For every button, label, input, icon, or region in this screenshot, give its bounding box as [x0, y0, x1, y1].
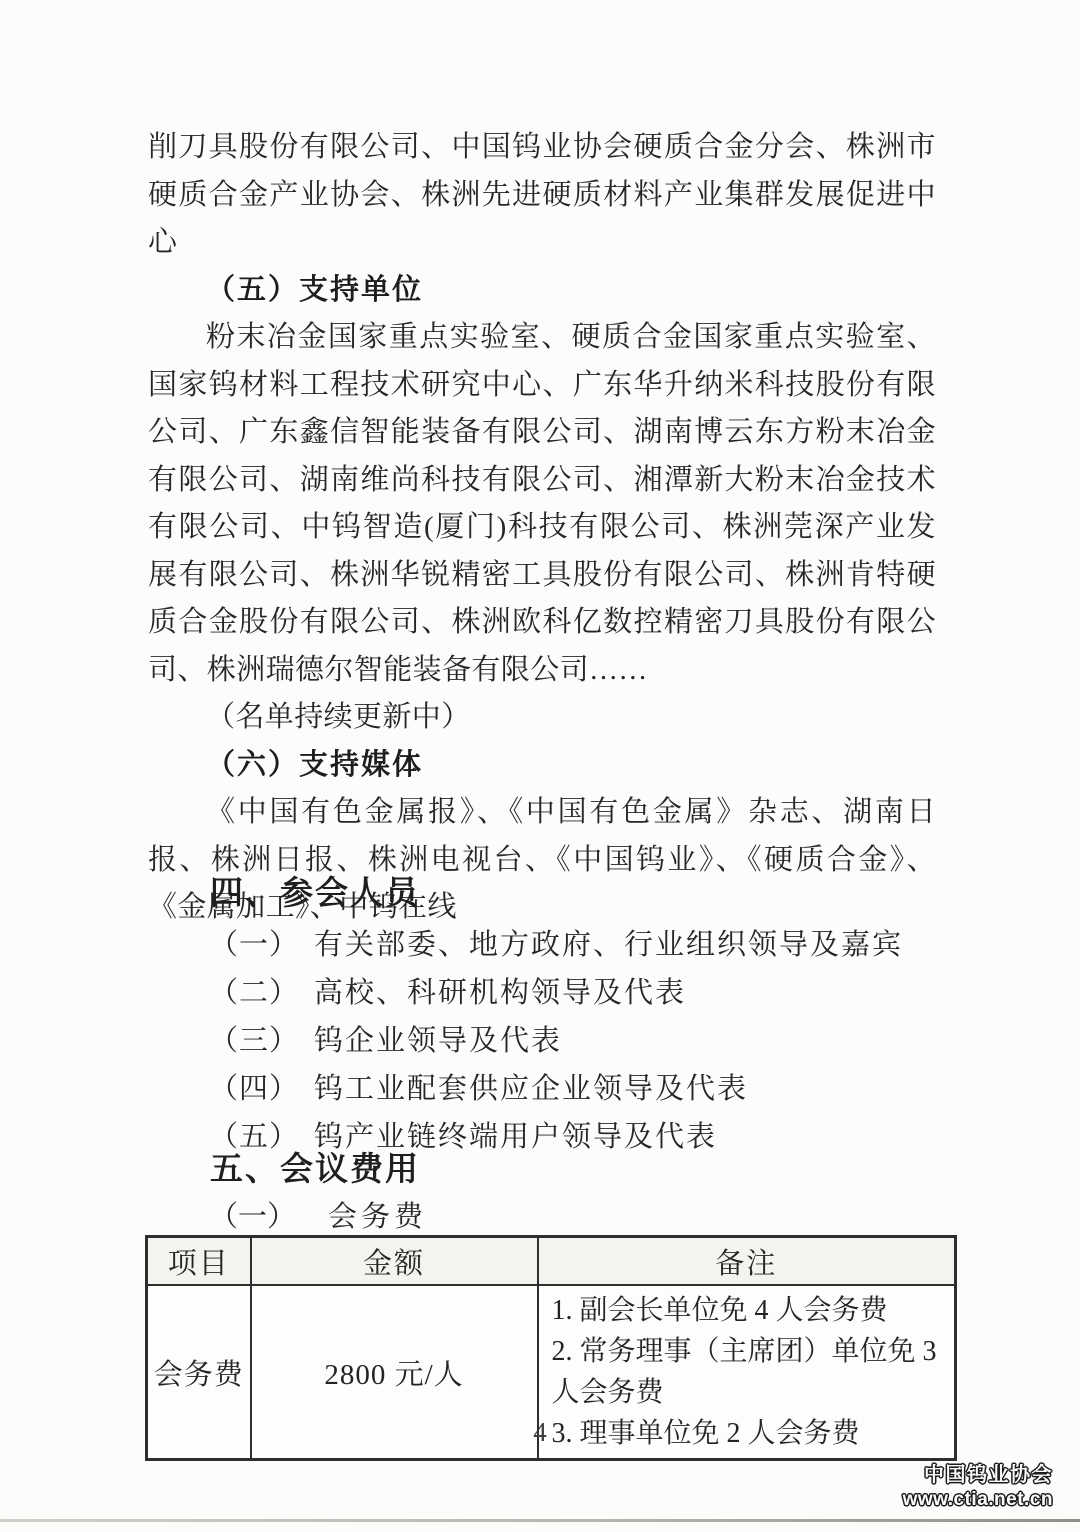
body-line: 公司、广东鑫信智能装备有限公司、湖南博云东方粉末冶金 — [148, 409, 936, 457]
body-line: 硬质合金产业协会、株洲先进硬质材料产业集群发展促进中心 — [148, 172, 936, 267]
page-number: 4 — [0, 1417, 1080, 1448]
item-number: （三） — [209, 1025, 299, 1057]
watermark-url: www.ctia.net.cn — [903, 1488, 1053, 1511]
item-number: （二） — [209, 977, 299, 1009]
fee-note-line: 2. 常务理事（主席团）单位免 3 人会务费 — [552, 1331, 947, 1413]
updating-note: （名单持续更新中） — [148, 694, 936, 742]
body-line: 粉末冶金国家重点实验室、硬质合金国家重点实验室、 — [148, 314, 936, 362]
item-text: 会务费 — [328, 1201, 427, 1233]
item-number: （五） — [209, 1121, 299, 1153]
document-page: 削刀具股份有限公司、中国钨业协会硬质合金分会、株洲市 硬质合金产业协会、株洲先进… — [0, 0, 1080, 1532]
body-line: 有限公司、湖南维尚科技有限公司、湘潭新大粉末冶金技术 — [148, 457, 936, 505]
attendee-item: （二）高校、科研机构领导及代表 — [148, 969, 968, 1017]
fee-note-line: 1. 副会长单位免 4 人会务费 — [552, 1290, 947, 1331]
body-line: 司、株洲瑞德尔智能装备有限公司…… — [148, 647, 936, 695]
attendee-item: （三）钨企业领导及代表 — [148, 1017, 968, 1065]
item-text: 有关部委、地方政府、行业组织领导及嘉宾 — [314, 929, 903, 961]
text-column: 削刀具股份有限公司、中国钨业协会硬质合金分会、株洲市 硬质合金产业协会、株洲先进… — [148, 124, 936, 932]
item-number: （一） — [209, 929, 299, 961]
col-header-item: 项目 — [147, 1237, 251, 1286]
item-text: 钨产业链终端用户领导及代表 — [314, 1121, 717, 1153]
section-title-fees: 五、会议费用 — [210, 1150, 420, 1188]
heading-support-units: （五）支持单位 — [148, 267, 936, 315]
watermark-org: 中国钨业协会 — [903, 1463, 1053, 1488]
body-line: 国家钨材料工程技术研究中心、广东华升纳米科技股份有限 — [148, 362, 936, 410]
body-line: 展有限公司、株洲华锐精密工具股份有限公司、株洲肯特硬 — [148, 552, 936, 600]
attendee-item: （一）有关部委、地方政府、行业组织领导及嘉宾 — [148, 921, 968, 969]
heading-support-media: （六）支持媒体 — [148, 742, 936, 790]
attendee-item: （四）钨工业配套供应企业领导及代表 — [148, 1065, 968, 1113]
body-line: 《中国有色金属报》、《中国有色金属》杂志、湖南日 — [148, 789, 936, 837]
body-line: 有限公司、中钨智造(厦门)科技有限公司、株洲莞深产业发 — [148, 504, 936, 552]
scan-edge-line — [0, 1519, 1080, 1522]
col-header-amount: 金额 — [251, 1237, 538, 1286]
attendee-list: （一）有关部委、地方政府、行业组织领导及嘉宾 （二）高校、科研机构领导及代表 （… — [148, 921, 968, 1161]
col-header-notes: 备注 — [538, 1237, 956, 1286]
fee-table-header-row: 项目 金额 备注 — [147, 1237, 956, 1286]
item-number: （四） — [209, 1073, 299, 1105]
item-text: 钨企业领导及代表 — [314, 1025, 562, 1057]
section-title-attendees: 四、参会人员 — [210, 874, 420, 912]
item-number: （一） — [209, 1201, 296, 1233]
item-text: 钨工业配套供应企业领导及代表 — [314, 1073, 748, 1105]
item-text: 高校、科研机构领导及代表 — [314, 977, 686, 1009]
watermark: 中国钨业协会 www.ctia.net.cn — [903, 1463, 1053, 1511]
body-line: 质合金股份有限公司、株洲欧科亿数控精密刀具股份有限公 — [148, 599, 936, 647]
body-line: 削刀具股份有限公司、中国钨业协会硬质合金分会、株洲市 — [148, 124, 936, 172]
fee-subheading: （一）会务费 — [148, 1197, 427, 1237]
